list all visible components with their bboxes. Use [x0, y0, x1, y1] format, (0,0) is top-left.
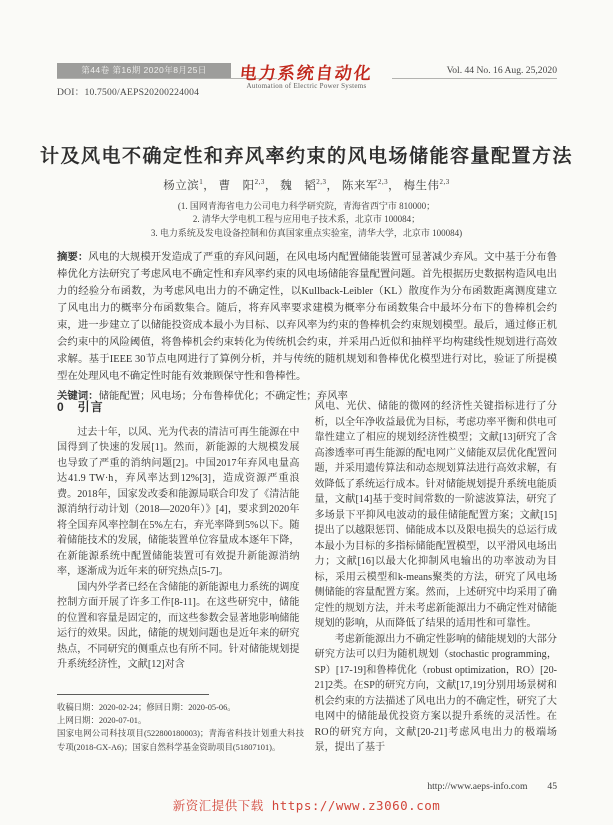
affiliation-3: 3. 电力系统及发电设备控制和仿真国家重点实验室，清华大学，北京市 100084… [0, 227, 613, 240]
affiliation-2: 2. 清华大学电机工程与应用电子技术系，北京市 100084； [0, 213, 613, 226]
footnote-online-date: 上网日期：2020-07-01。 [57, 714, 304, 727]
intro-paragraph-2-continued: 风电、光伏、储能的微网的经济性关键指标进行了分析，以全年净收益最优为目标，考虑功… [315, 399, 558, 632]
author-1: 杨立滨1， [163, 180, 215, 192]
section-heading-intro: 0 引言 [57, 400, 300, 416]
intro-paragraph-3: 考虑新能源出力不确定性影响的储能规划的大部分研究方法可以归为随机规划（stoch… [315, 632, 558, 756]
author-3: 魏 韬2,3， [280, 180, 338, 192]
affiliations: (1. 国网青海省电力公司电力科学研究院，青海省西宁市 810000； 2. 清… [0, 200, 613, 240]
footnote-rule [57, 694, 209, 695]
right-column: 风电、光伏、储能的微网的经济性关键指标进行了分析，以全年净收益最优为目标，考虑功… [315, 399, 558, 771]
left-column: 0 引言 过去十年，以风、光为代表的清洁可再生能源在中国得到了快速的发展[1]。… [57, 399, 300, 687]
page-footer: http://www.aeps-info.com45 [427, 781, 557, 792]
footnote-funding: 国家电网公司科技项目(522800180003)；青海省科技计划重大科技专项(2… [57, 727, 304, 753]
footnote-block: 收稿日期：2020-02-24；修回日期：2020-05-06。 上网日期：20… [57, 694, 304, 754]
author-5: 梅生伟2,3 [404, 180, 450, 192]
abstract-text: 摘要：风电的大规模开发造成了严重的弃风问题，在风电场内配置储能装置可显著减少弃风… [57, 249, 557, 385]
author-4: 陈来军2,3， [342, 180, 400, 192]
author-5-affil-sup: 2,3 [440, 178, 450, 186]
author-4-affil-sup: 2,3 [378, 178, 388, 186]
author-2-affil-sup: 2,3 [255, 178, 265, 186]
affiliation-1: (1. 国网青海省电力公司电力科学研究院，青海省西宁市 810000； [0, 200, 613, 213]
abstract-block: 摘要：风电的大规模开发造成了严重的弃风问题，在风电场内配置储能装置可显著减少弃风… [57, 249, 557, 405]
paper-title: 计及风电不确定性和弃风率约束的风电场储能容量配置方法 [0, 141, 613, 168]
download-watermark: 新资汇提供下载 https://www.z3060.com [0, 796, 613, 814]
intro-paragraph-1: 过去十年，以风、光为代表的清洁可再生能源在中国得到了快速的发展[1]。然而，新能… [57, 425, 300, 580]
author-line: 杨立滨1， 曹 阳2,3， 魏 韬2,3， 陈来军2,3， 梅生伟2,3 [0, 177, 613, 193]
journal-page: 第44卷 第16期 2020年8月25日 DOI：10.7500/AEPS202… [0, 0, 613, 825]
journal-logo-en: Automation of Electric Power Systems [0, 82, 613, 90]
author-3-affil-sup: 2,3 [316, 178, 326, 186]
intro-paragraph-2: 国内外学者已经在含储能的新能源电力系统的调度控制方面开展了许多工作[8-11]。… [57, 580, 300, 673]
page-number: 45 [547, 781, 557, 792]
footnote-received-date: 收稿日期：2020-02-24；修回日期：2020-05-06。 [57, 701, 304, 714]
journal-url: http://www.aeps-info.com [427, 781, 527, 792]
volume-info: Vol. 44 No. 16 Aug. 25,2020 [447, 65, 557, 76]
abstract-label: 摘要： [57, 252, 88, 263]
author-2: 曹 阳2,3， [219, 180, 277, 192]
